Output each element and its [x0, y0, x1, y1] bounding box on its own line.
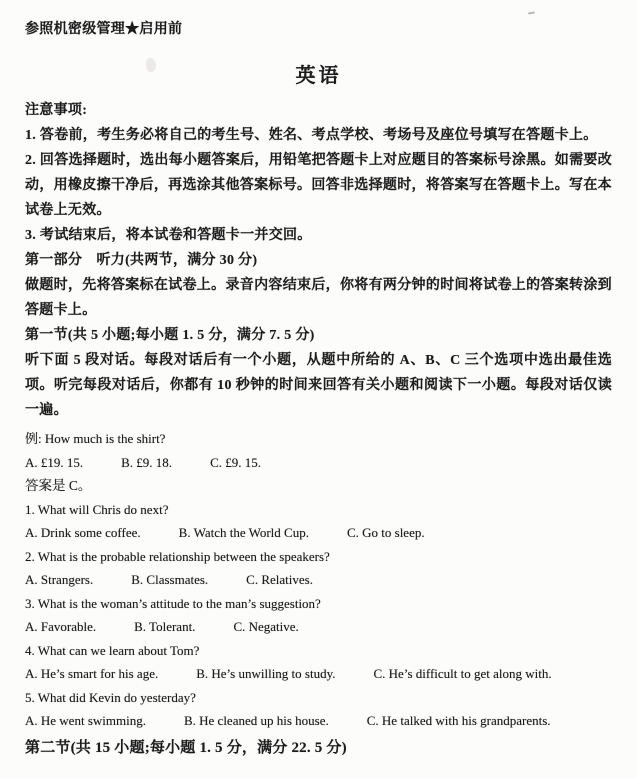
- example-option-b: B. £9. 18.: [121, 451, 172, 475]
- question-3-option-a: A. Favorable.: [25, 615, 96, 639]
- question-3-option-c: C. Negative.: [233, 615, 298, 639]
- question-4-option-a: A. He’s smart for his age.: [25, 662, 158, 686]
- question-5-option-c: C. He talked with his grandparents.: [367, 709, 551, 733]
- question-4-option-c: C. He’s difficult to get along with.: [374, 662, 552, 686]
- notice-heading: 注意事项:: [25, 98, 612, 123]
- example-option-a: A. £19. 15.: [25, 451, 83, 475]
- question-5-text: 5. What did Kevin do yesterday?: [25, 686, 612, 710]
- exam-paper-page: 参照机密级管理★启用前 英语 注意事项: 1. 答卷前，考生务必将自己的考生号、…: [0, 0, 637, 778]
- section1-heading: 第一节(共 5 小题;每小题 1. 5 分，满分 7. 5 分): [25, 323, 612, 348]
- section2-heading: 第二节(共 15 小题;每小题 1. 5 分，满分 22. 5 分): [25, 735, 612, 761]
- section1-instructions: 听下面 5 段对话。每段对话后有一个小题，从题中所给的 A、B、C 三个选项中选…: [25, 348, 612, 423]
- question-2-option-a: A. Strangers.: [25, 568, 93, 592]
- part1-transfer-note: 做题时，先将答案标在试卷上。录音内容结束后，你将有两分钟的时间将试卷上的答案转涂…: [25, 273, 612, 323]
- question-5-option-b: B. He cleaned up his house.: [184, 709, 329, 733]
- notice-item-3: 3. 考试结束后，将本试卷和答题卡一并交回。: [25, 223, 612, 248]
- question-1-option-a: A. Drink some coffee.: [25, 521, 141, 545]
- example-option-c: C. £9. 15.: [210, 451, 261, 475]
- classification-line: 参照机密级管理★启用前: [25, 22, 612, 38]
- question-2-option-c: C. Relatives.: [246, 568, 313, 592]
- example-answer: 答案是 C。: [25, 474, 612, 498]
- notice-item-1: 1. 答卷前，考生务必将自己的考生号、姓名、考点学校、考场号及座位号填写在答题卡…: [25, 123, 612, 148]
- question-1-option-b: B. Watch the World Cup.: [179, 521, 309, 545]
- question-1-option-c: C. Go to sleep.: [347, 521, 425, 545]
- question-5-option-a: A. He went swimming.: [25, 709, 146, 733]
- question-4-option-b: B. He’s unwilling to study.: [196, 662, 335, 686]
- example-question: 例: How much is the shirt?: [25, 427, 612, 451]
- question-1-options: A. Drink some coffee. B. Watch the World…: [25, 521, 612, 545]
- scan-artifact-smudge: [146, 58, 156, 72]
- example-options: A. £19. 15. B. £9. 18. C. £9. 15.: [25, 451, 612, 475]
- question-2-option-b: B. Classmates.: [131, 568, 208, 592]
- scan-artifact-dash: [528, 12, 535, 15]
- question-4-text: 4. What can we learn about Tom?: [25, 639, 612, 663]
- question-3-options: A. Favorable. B. Tolerant. C. Negative.: [25, 615, 612, 639]
- question-2-options: A. Strangers. B. Classmates. C. Relative…: [25, 568, 612, 592]
- notice-item-2: 2. 回答选择题时，选出每小题答案后，用铅笔把答题卡上对应题目的答案标号涂黑。如…: [25, 148, 612, 223]
- listening-questions-block: 例: How much is the shirt? A. £19. 15. B.…: [25, 427, 612, 733]
- question-2-text: 2. What is the probable relationship bet…: [25, 545, 612, 569]
- question-3-option-b: B. Tolerant.: [134, 615, 195, 639]
- question-4-options: A. He’s smart for his age. B. He’s unwil…: [25, 662, 612, 686]
- question-1-text: 1. What will Chris do next?: [25, 498, 612, 522]
- question-3-text: 3. What is the woman’s attitude to the m…: [25, 592, 612, 616]
- exam-title: 英语: [25, 64, 612, 88]
- part1-heading: 第一部分 听力(共两节，满分 30 分): [25, 248, 612, 273]
- question-5-options: A. He went swimming. B. He cleaned up hi…: [25, 709, 612, 733]
